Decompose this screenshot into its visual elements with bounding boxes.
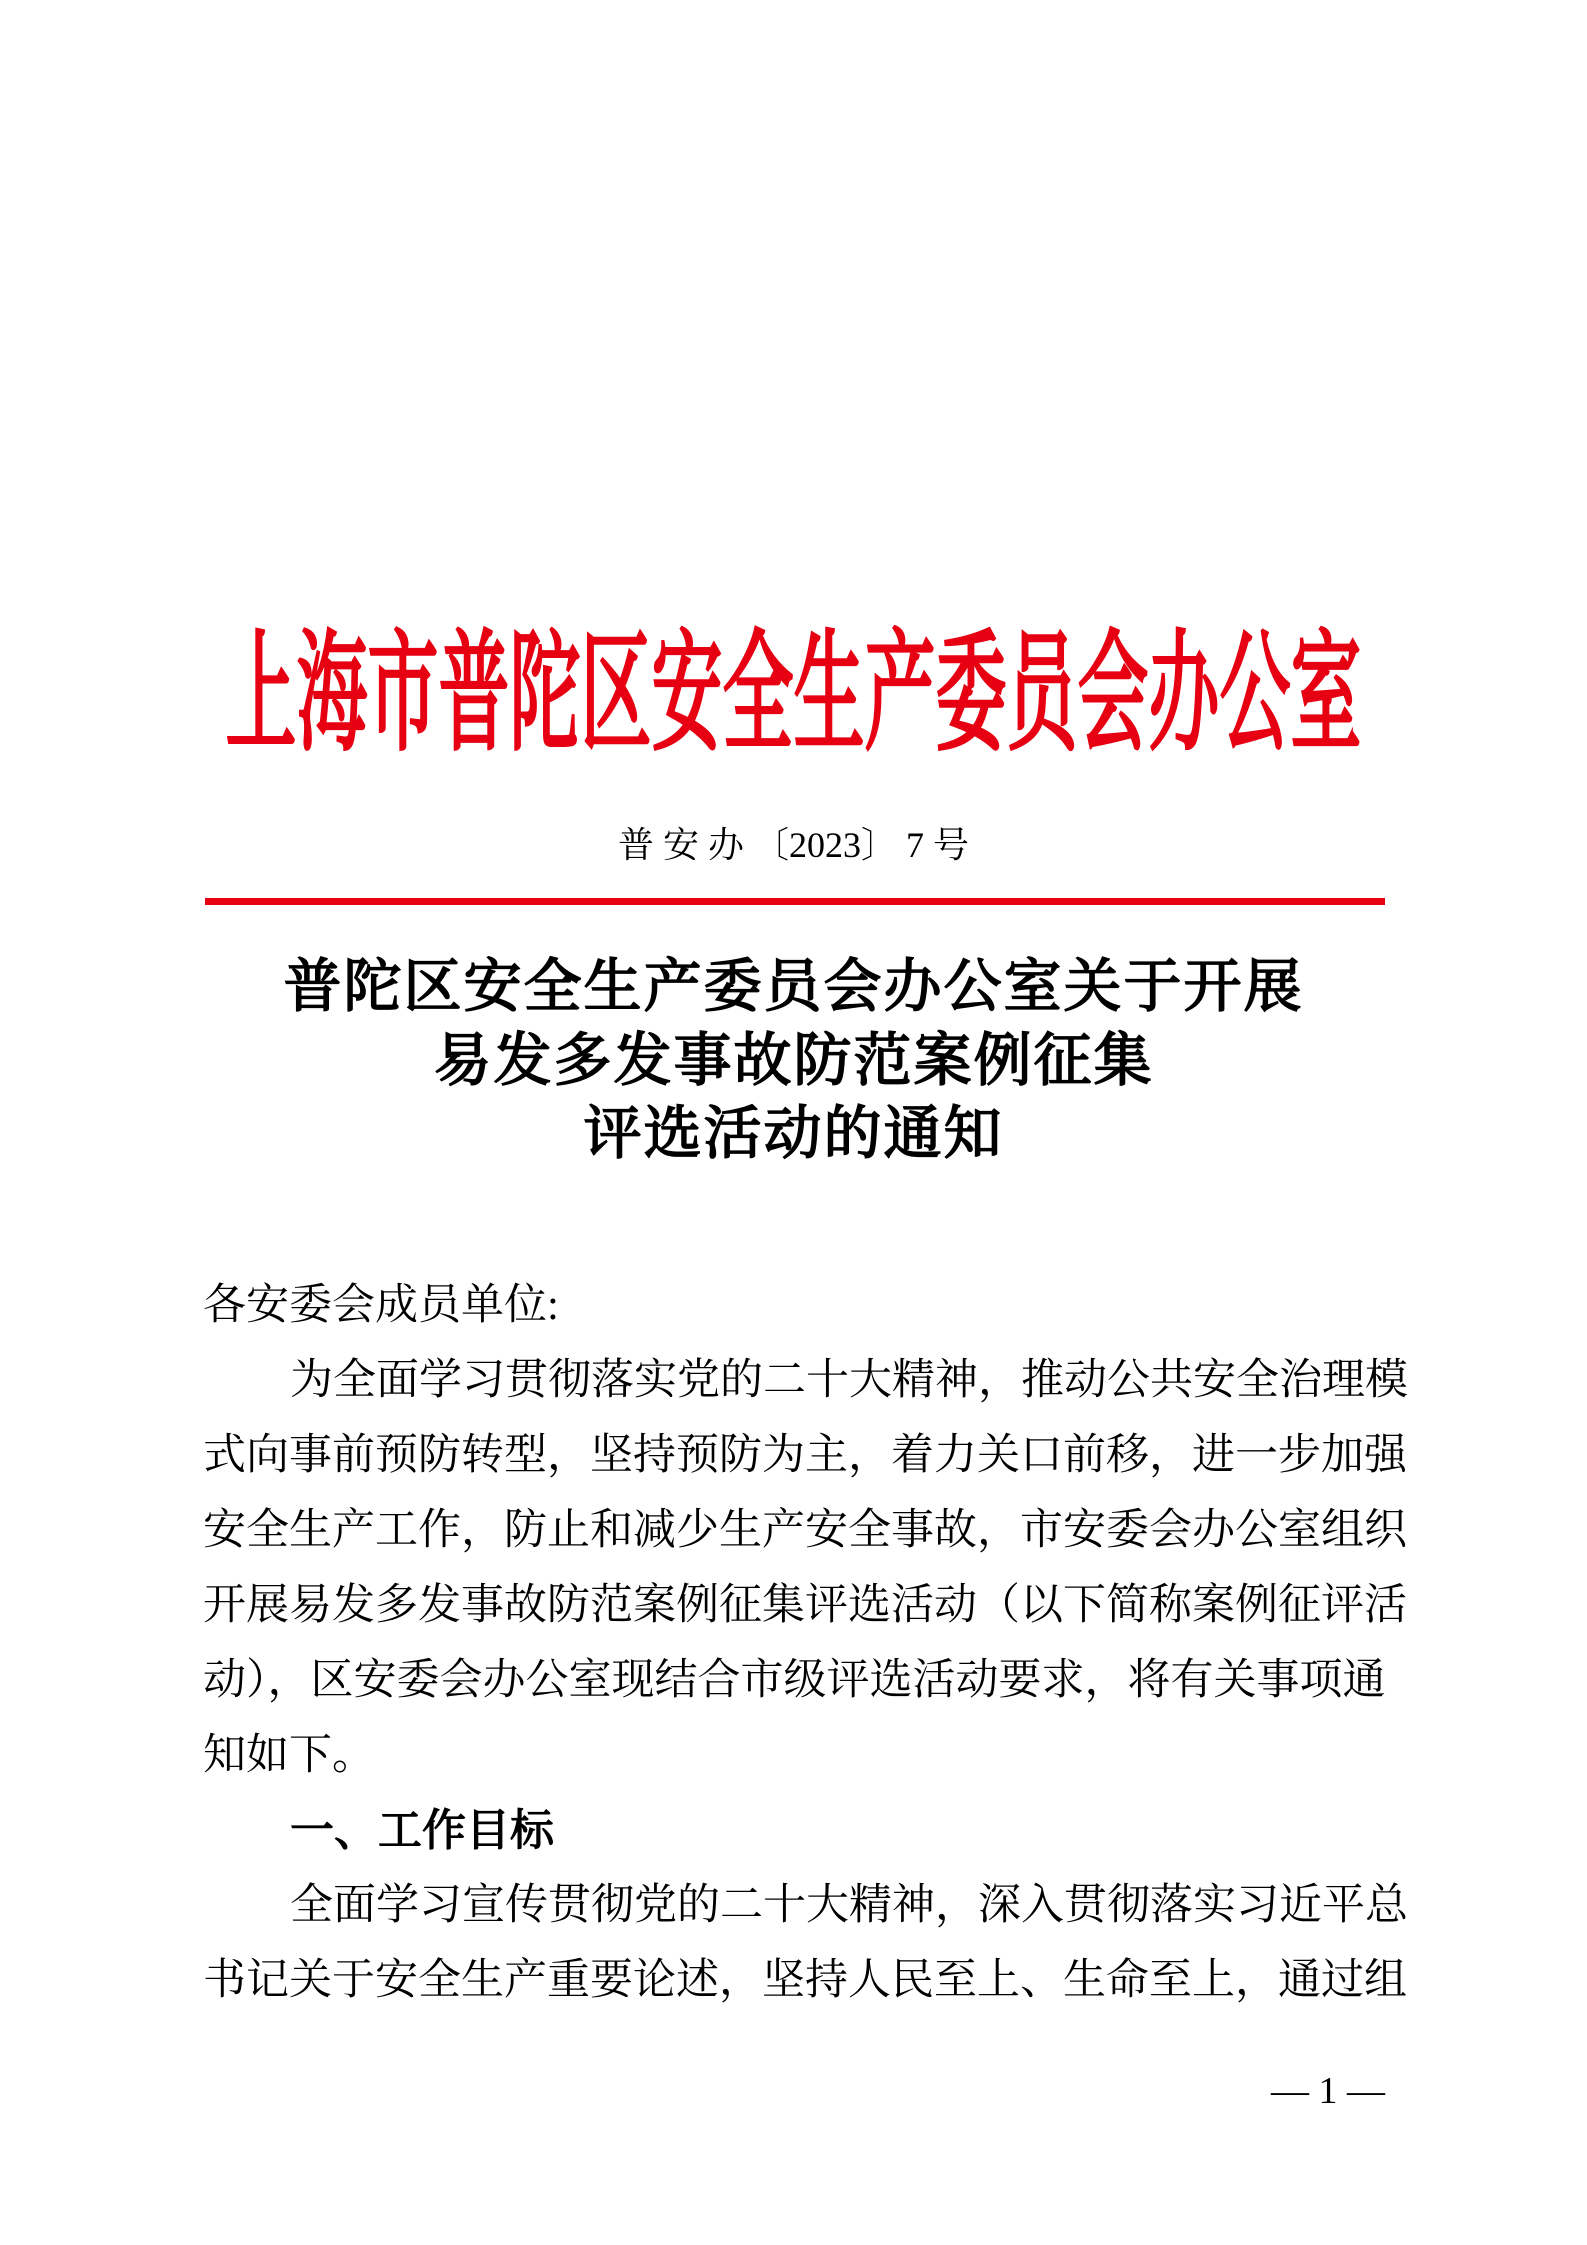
document-body: 各安委会成员单位:为全面学习贯彻落实党的二十大精神，推动公共安全治理模式向事前预… — [203, 1268, 1389, 2018]
body-line: 安全生产工作，防止和减少生产安全事故，市安委会办公室组织 — [203, 1493, 1389, 1568]
body-line: 式向事前预防转型，坚持预防为主，着力关口前移，进一步加强 — [203, 1418, 1389, 1493]
document-page: 上海市普陀区安全生产委员会办公室 普 安 办 〔2023〕 7 号 普陀区安全生… — [0, 0, 1587, 2245]
body-line: 全面学习宣传贯彻党的二十大精神，深入贯彻落实习近平总 — [203, 1868, 1389, 1943]
body-line: 动），区安委会办公室现结合市级评选活动要求，将有关事项通 — [203, 1643, 1389, 1718]
document-title-line: 普陀区安全生产委员会办公室关于开展 — [0, 950, 1587, 1024]
red-divider-line — [205, 898, 1385, 905]
body-line: 为全面学习贯彻落实党的二十大精神，推动公共安全治理模 — [203, 1343, 1389, 1418]
body-line: 开展易发多发事故防范案例征集评选活动（以下简称案例征评活 — [203, 1568, 1389, 1643]
document-title-line: 易发多发事故防范案例征集 — [0, 1024, 1587, 1098]
doc-number: 普 安 办 〔2023〕 7 号 — [0, 820, 1587, 870]
body-line: 书记关于安全生产重要论述，坚持人民至上、生命至上，通过组 — [203, 1943, 1389, 2018]
body-line: 一、工作目标 — [203, 1793, 1389, 1868]
body-line: 知如下。 — [203, 1718, 1389, 1793]
document-title-line: 评选活动的通知 — [0, 1097, 1587, 1171]
document-title: 普陀区安全生产委员会办公室关于开展易发多发事故防范案例征集评选活动的通知 — [0, 950, 1587, 1171]
page-number: — 1 — — [1271, 2066, 1385, 2116]
body-line: 各安委会成员单位: — [203, 1268, 1389, 1343]
